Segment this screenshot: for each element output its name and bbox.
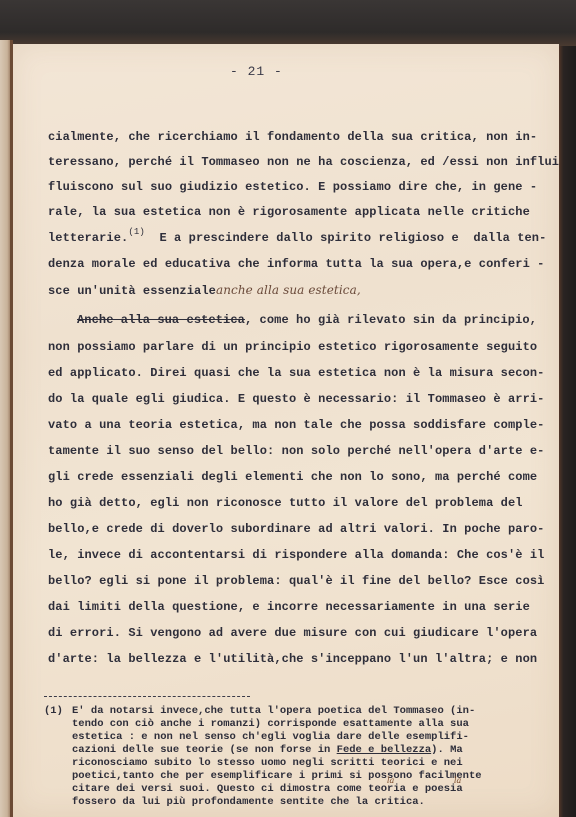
- footnote-line: riconosciamo subito lo stesso uomo negli…: [72, 757, 463, 770]
- scanner-background-top: [0, 0, 576, 46]
- body-line: letterarie.(1) E a prescindere dallo spi…: [48, 231, 546, 245]
- body-text: letterarie.: [48, 231, 128, 245]
- body-line: ho già detto, egli non riconosce tutto i…: [48, 496, 523, 510]
- body-line: vato a una teoria estetica, ma non tale …: [48, 418, 544, 432]
- footnote-line: fossero da lui più profondamente sentite…: [72, 796, 425, 809]
- underlined-title: Fede e bellezza: [337, 744, 432, 756]
- footnote-line: estetica : e non nel senso ch'egli vogli…: [72, 731, 469, 744]
- body-text: , come ho già rilevato sin da principio,: [245, 313, 537, 327]
- body-text: [145, 231, 160, 245]
- footnote-text: cazioni delle sue teorie (se non forse i…: [72, 744, 337, 756]
- body-line: gli crede essenziali degli elementi che …: [48, 470, 537, 484]
- body-line: do la quale egli giudica. E questo è nec…: [48, 392, 544, 406]
- body-line: d'arte: la bellezza e l'utilità,che s'in…: [48, 652, 537, 666]
- struck-through-text: Anche alla sua estetica: [77, 313, 245, 327]
- body-line: bello,e crede di doverlo subordinare ad …: [48, 522, 544, 536]
- body-line: le, invece di accontentarsi di risponder…: [48, 548, 544, 562]
- body-line: tamente il suo senso del bello: non solo…: [48, 444, 544, 458]
- footnote-line: cazioni delle sue teorie (se non forse i…: [72, 744, 463, 757]
- body-line: ed applicato. Direi quasi che la sua est…: [48, 366, 544, 380]
- body-text: sce un'unità essenziale: [48, 284, 216, 298]
- body-line: non possiamo parlare di un principio est…: [48, 340, 537, 354]
- footnote-marker: (1): [44, 705, 63, 718]
- body-line: Anche alla sua estetica, come ho già ril…: [77, 313, 537, 327]
- footnote-reference: (1): [128, 227, 145, 237]
- body-line: rale, la sua estetica non è rigorosament…: [48, 205, 530, 219]
- body-line: sce un'unità essenzialeanche alla sua es…: [48, 283, 361, 298]
- page-number: - 21 -: [230, 64, 283, 79]
- body-line: di errori. Si vengono ad avere due misur…: [48, 626, 537, 640]
- footnote-text: ). Ma: [431, 744, 463, 756]
- body-line: fluiscono sul suo giudizio estetico. E p…: [48, 180, 537, 194]
- footnote-line: citare dei versi suoi. Questo ci dimostr…: [72, 783, 463, 796]
- body-line: bello? egli si pone il problema: qual'è …: [48, 574, 544, 588]
- footnote-line: E' da notarsi invece,che tutta l'opera p…: [72, 705, 475, 718]
- footnote-line: poetici,tanto che per esemplificare i pr…: [72, 770, 482, 783]
- scanner-background-right: [558, 46, 576, 817]
- body-text: E a prescindere dallo spirito religioso …: [159, 231, 546, 245]
- body-line: teressano, perché il Tommaseo non ne ha …: [48, 155, 559, 169]
- body-line: cialmente, che ricerchiamo il fondamento…: [48, 130, 537, 144]
- footnote-line: tendo con ciò anche i romanzi) corrispon…: [72, 718, 469, 731]
- footnote-separator: [44, 696, 250, 697]
- handwritten-insertion: anche alla sua estetica,: [216, 283, 361, 297]
- handwritten-insertion: la: [387, 776, 394, 785]
- body-line: dai limiti della questione, e incorre ne…: [48, 600, 530, 614]
- handwritten-insertion: la: [454, 776, 461, 785]
- body-line: denza morale ed educativa che informa tu…: [48, 257, 544, 271]
